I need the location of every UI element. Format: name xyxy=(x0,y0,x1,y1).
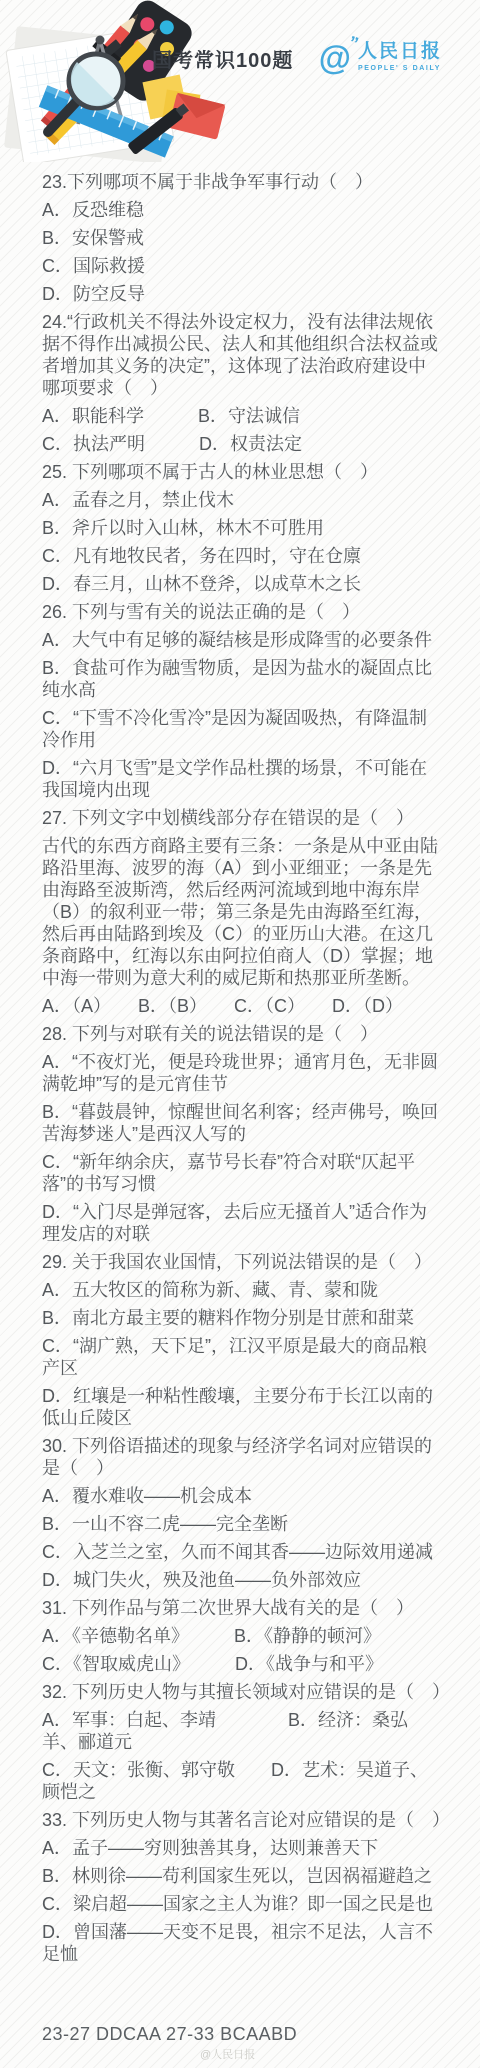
option-line: C．凡有地牧民者，务在四时，守在仓廪 xyxy=(42,545,442,567)
question-block: 26. 下列与雪有关的说法正确的是（ ）A．大气中有足够的凝结核是形成降雪的必要… xyxy=(42,601,442,801)
question-block: 27. 下列文字中划横线部分存在错误的是（ ）古代的东西方商路主要有三条：一条是… xyxy=(42,807,442,1017)
logo-cn-name: 人民日报 xyxy=(358,42,442,62)
poster-title: 国考常识100题 xyxy=(152,44,293,73)
option-line: C．“湖广熟，天下足”，江汉平原是最大的商品粮产区 xyxy=(42,1335,442,1379)
question-stem: 26. 下列与雪有关的说法正确的是（ ） xyxy=(42,601,442,623)
question-stem: 31. 下列作品与第二次世界大战有关的是（ ） xyxy=(42,1597,442,1619)
option-line: D．“六月飞雪”是文学作品杜撰的场景，不可能在我国境内出现 xyxy=(42,757,442,801)
option-line: D．防空反导 xyxy=(42,283,442,305)
option-line: A．孟子——穷则独善其身，达则兼善天下 xyxy=(42,1837,442,1859)
question-passage: 古代的东西方商路主要有三条：一条是从中亚由陆路沿里海、波罗的海（A）到小亚细亚；… xyxy=(42,835,442,989)
option-line: D．“入门尽是弹冠客，去后应无搔首人”适合作为理发店的对联 xyxy=(42,1201,442,1245)
option-line: A．军事：白起、李靖 B．经济：桑弘羊、郦道元 xyxy=(42,1709,442,1753)
option-line: C．梁启超——国家之主人为谁？即一国之民是也 xyxy=(42,1893,442,1915)
option-line: C．国际救援 xyxy=(42,255,442,277)
question-stem: 30. 下列俗语描述的现象与经济学名词对应错误的是（ ） xyxy=(42,1435,442,1479)
option-line: A．（A） B．（B） C．（C） D．（D） xyxy=(42,995,442,1017)
option-line: C．“新年纳余庆，嘉节号长春”符合对联“仄起平落”的书写习惯 xyxy=(42,1151,442,1195)
questions-list: 23.下列哪项不属于非战争军事行动（ ）A．反恐维稳B．安保警戒C．国际救援D．… xyxy=(0,160,480,1965)
question-stem: 33. 下列历史人物与其著名言论对应错误的是（ ） xyxy=(42,1809,442,1831)
question-stem: 29. 关于我国农业国情，下列说法错误的是（ ） xyxy=(42,1251,442,1273)
option-line: B．食盐可作为融雪物质，是因为盐水的凝固点比纯水高 xyxy=(42,657,442,701)
option-line: B．安保警戒 xyxy=(42,227,442,249)
option-line: A．五大牧区的简称为新、藏、青、蒙和陇 xyxy=(42,1279,442,1301)
question-block: 23.下列哪项不属于非战争军事行动（ ）A．反恐维稳B．安保警戒C．国际救援D．… xyxy=(42,171,442,305)
at-sign-logo-icon: @” xyxy=(319,40,351,76)
question-stem: 32. 下列历史人物与其擅长领域对应错误的是（ ） xyxy=(42,1681,442,1703)
question-stem: 24.“行政机关不得法外设定权力，没有法律法规依据不得作出减损公民、法人和其他组… xyxy=(42,311,442,399)
poster-header: 国考常识100题 @” 人民日报 PEOPLE' S DAILY xyxy=(0,0,480,160)
option-line: D．春三月，山林不登斧，以成草木之长 xyxy=(42,573,442,595)
question-block: 28. 下列与对联有关的说法错误的是（ ）A．“不夜灯光，便是玲珑世界；通宵月色… xyxy=(42,1023,442,1245)
option-line: C．“下雪不冷化雪冷”是因为凝固吸热，有降温制冷作用 xyxy=(42,707,442,751)
option-line: D．曾国藩——天变不足畏，祖宗不足法，人言不足恤 xyxy=(42,1921,442,1965)
option-line: A．反恐维稳 xyxy=(42,199,442,221)
option-line: D．城门失火，殃及池鱼——负外部效应 xyxy=(42,1569,442,1591)
stationery-collage-illustration xyxy=(0,0,248,162)
option-line: A．《辛德勒名单》 B．《静静的顿河》 xyxy=(42,1625,442,1647)
watermark: @人民日报 xyxy=(200,2046,255,2062)
question-block: 33. 下列历史人物与其著名言论对应错误的是（ ）A．孟子——穷则独善其身，达则… xyxy=(42,1809,442,1965)
question-block: 30. 下列俗语描述的现象与经济学名词对应错误的是（ ）A．覆水难收——机会成本… xyxy=(42,1435,442,1591)
option-line: C．天文：张衡、郭守敬 D．艺术：吴道子、顾恺之 xyxy=(42,1759,442,1803)
option-line: C．入芝兰之室，久而不闻其香——边际效用递减 xyxy=(42,1541,442,1563)
question-block: 25. 下列哪项不属于古人的林业思想（ ）A．孟春之月，禁止伐木B．斧斤以时入山… xyxy=(42,461,442,595)
option-line: A．覆水难收——机会成本 xyxy=(42,1485,442,1507)
question-stem: 23.下列哪项不属于非战争军事行动（ ） xyxy=(42,171,442,193)
question-stem: 25. 下列哪项不属于古人的林业思想（ ） xyxy=(42,461,442,483)
option-line: B．斧斤以时入山林，林木不可胜用 xyxy=(42,517,442,539)
option-line: B．“暮鼓晨钟，惊醒世间名利客；经声佛号，唤回苦海梦迷人”是西汉人写的 xyxy=(42,1101,442,1145)
question-stem: 27. 下列文字中划横线部分存在错误的是（ ） xyxy=(42,807,442,829)
option-line: B．南北方最主要的糖料作物分别是甘蔗和甜菜 xyxy=(42,1307,442,1329)
answer-key: 23-27 DDCAA 27-33 BCAABD xyxy=(42,2024,297,2045)
option-line: A．孟春之月，禁止伐木 xyxy=(42,489,442,511)
option-line: A．“不夜灯光，便是玲珑世界；通宵月色，无非圆满乾坤”写的是元宵佳节 xyxy=(42,1051,442,1095)
question-block: 31. 下列作品与第二次世界大战有关的是（ ）A．《辛德勒名单》 B．《静静的顿… xyxy=(42,1597,442,1675)
question-stem: 28. 下列与对联有关的说法错误的是（ ） xyxy=(42,1023,442,1045)
quiz-poster: { "header": { "title": "国考常识100题", "logo… xyxy=(0,0,480,2068)
option-line: C．执法严明 D．权责法定 xyxy=(42,433,442,455)
question-block: 32. 下列历史人物与其擅长领域对应错误的是（ ）A．军事：白起、李靖 B．经济… xyxy=(42,1681,442,1803)
option-line: A．大气中有足够的凝结核是形成降雪的必要条件 xyxy=(42,629,442,651)
option-line: D．红壤是一种粘性酸壤，主要分布于长江以南的低山丘陵区 xyxy=(42,1385,442,1429)
option-line: C．《智取威虎山》 D．《战争与和平》 xyxy=(42,1653,442,1675)
logo-names: 人民日报 PEOPLE' S DAILY xyxy=(358,40,442,73)
option-line: A．职能科学 B．守法诚信 xyxy=(42,405,442,427)
option-line: B．一山不容二虎——完全垄断 xyxy=(42,1513,442,1535)
peoples-daily-logo: @” 人民日报 PEOPLE' S DAILY xyxy=(319,40,442,76)
option-line: B．林则徐——苟利国家生死以，岂因祸福避趋之 xyxy=(42,1865,442,1887)
question-block: 29. 关于我国农业国情，下列说法错误的是（ ）A．五大牧区的简称为新、藏、青、… xyxy=(42,1251,442,1429)
logo-en-name: PEOPLE' S DAILY xyxy=(358,64,442,73)
question-block: 24.“行政机关不得法外设定权力，没有法律法规依据不得作出减损公民、法人和其他组… xyxy=(42,311,442,455)
